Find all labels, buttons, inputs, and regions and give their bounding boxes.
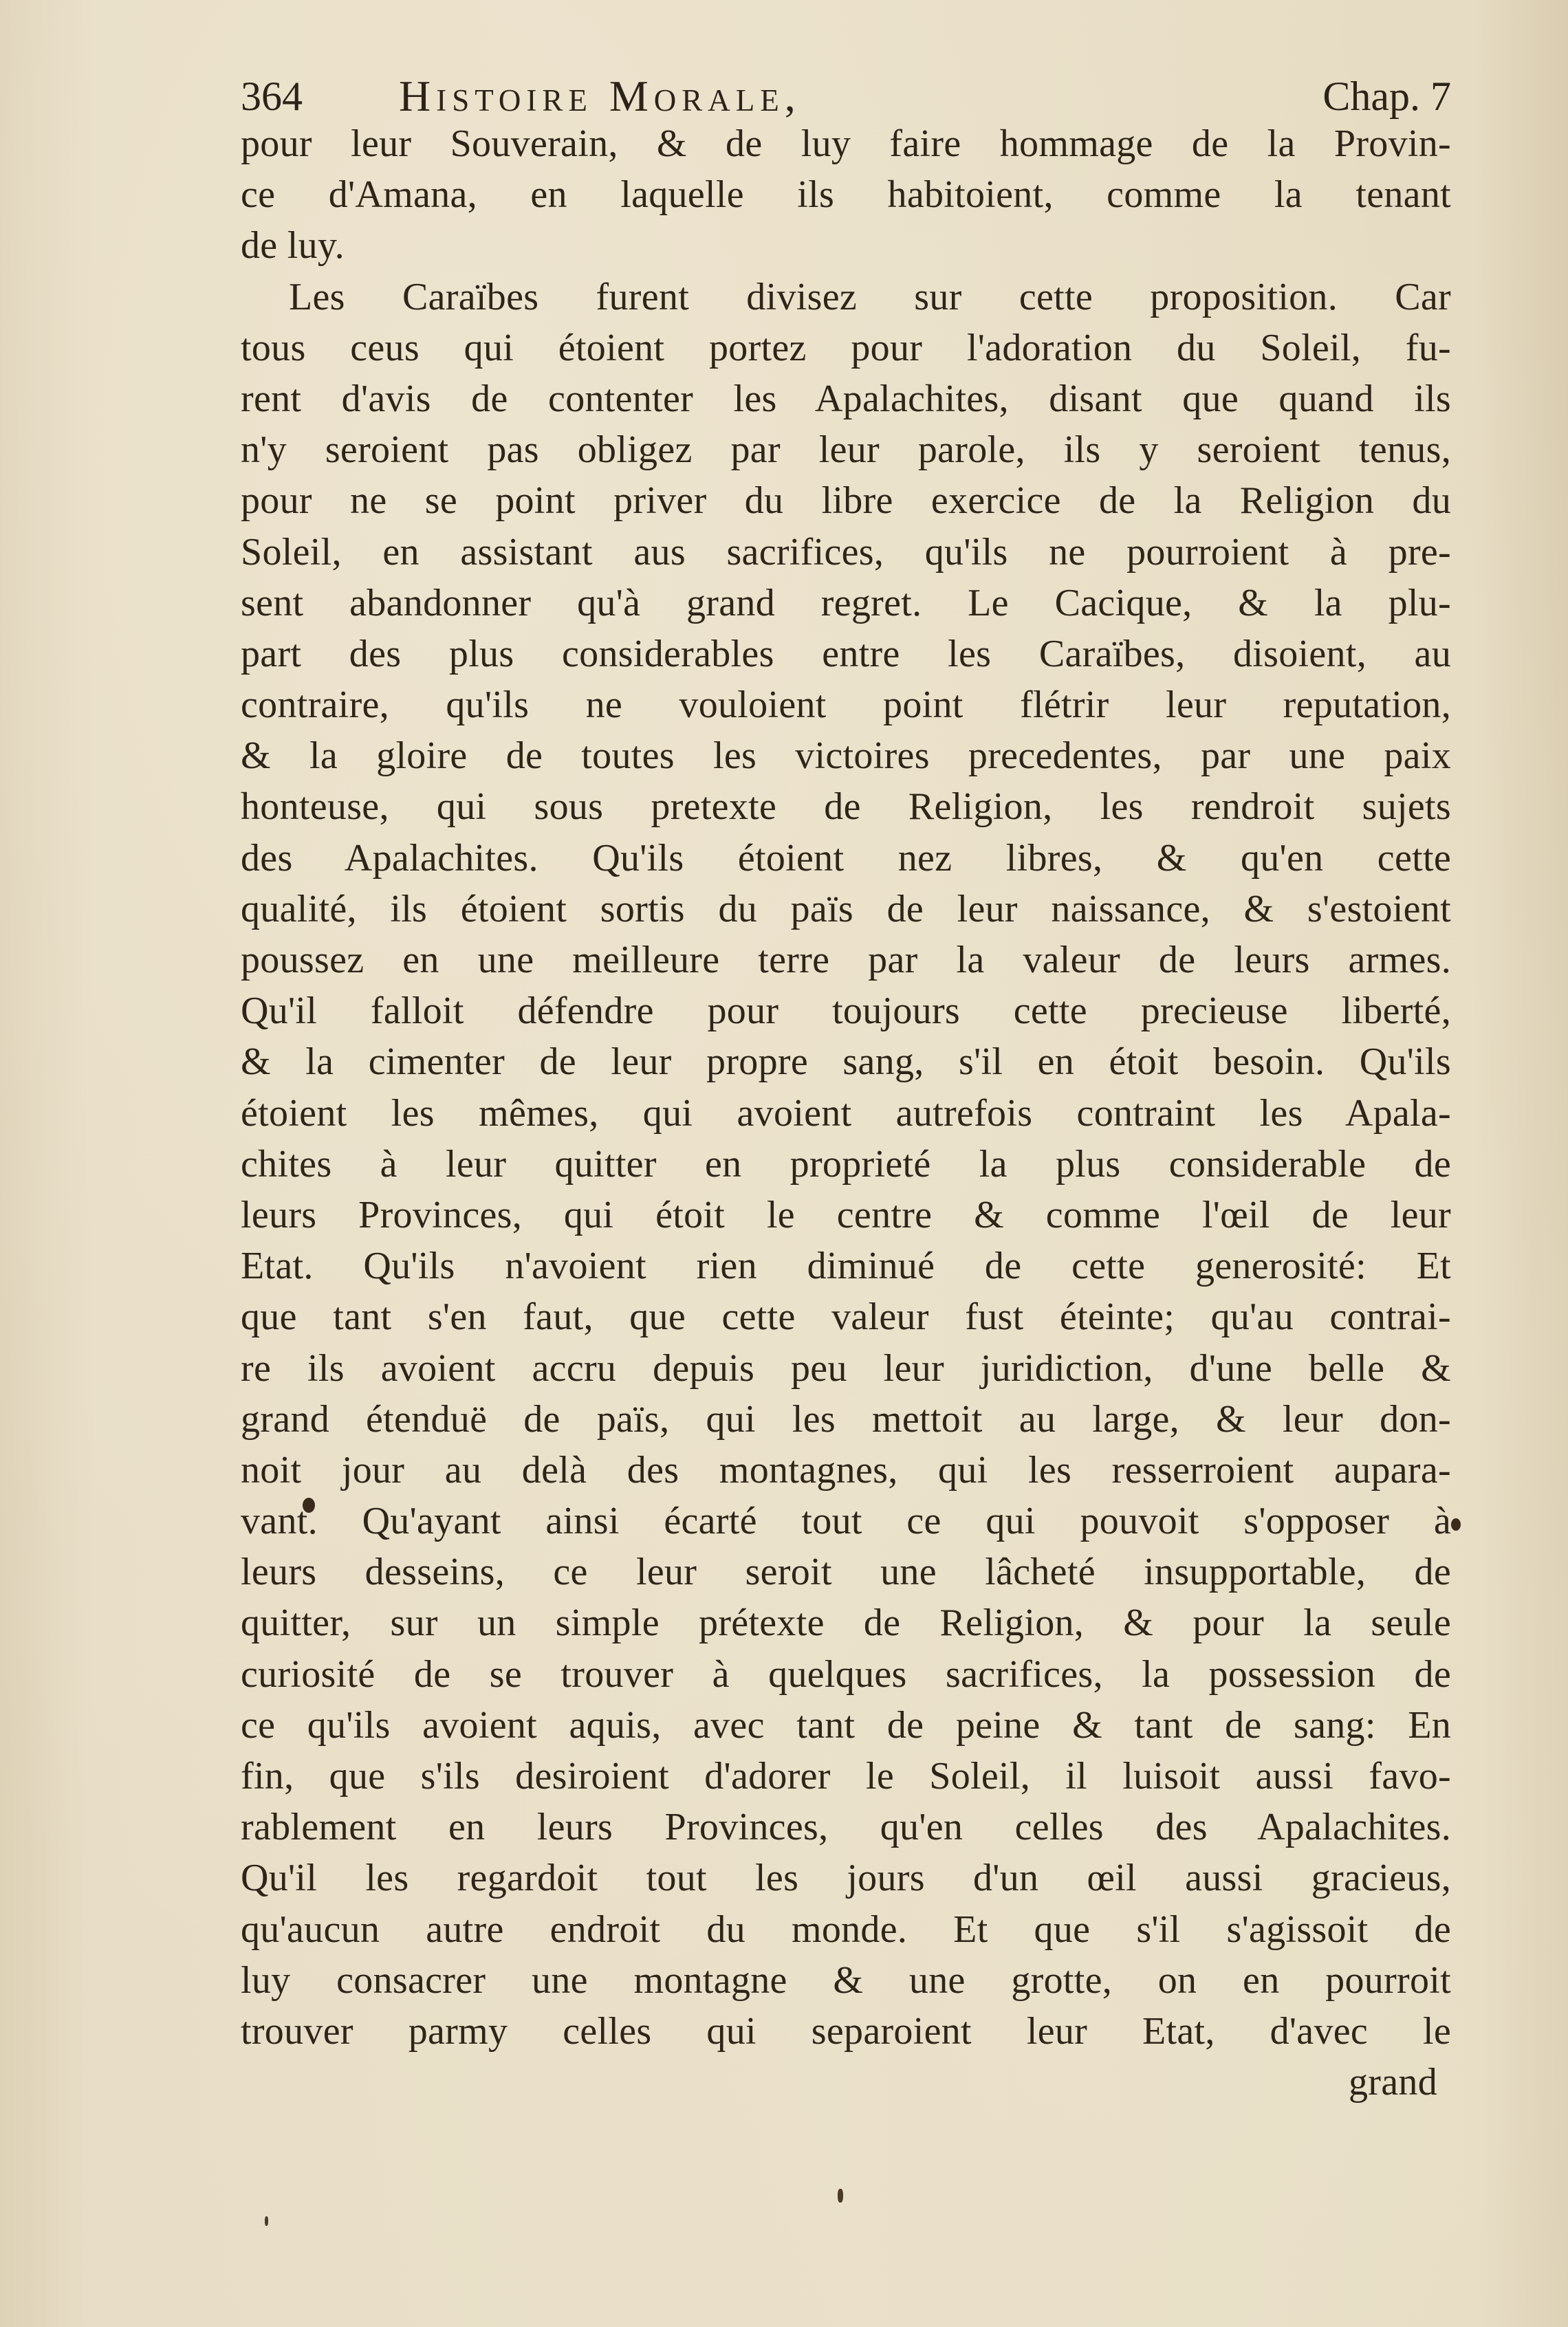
text-line: que tant s'en faut, que cette valeur fus… — [241, 1291, 1451, 1342]
text-line: vant. Qu'ayant ainsi écarté tout ce qui … — [241, 1496, 1451, 1547]
ink-blot — [303, 1498, 315, 1513]
running-title: Histoire Morale, — [399, 69, 801, 124]
text-line: & la cimenter de leur propre sang, s'il … — [241, 1036, 1451, 1087]
text-line: leurs Provinces, qui étoit le centre & c… — [241, 1190, 1451, 1241]
text-line: contraire, qu'ils ne vouloient point flé… — [241, 679, 1451, 730]
chapter-label: Chap. 7 — [1322, 69, 1451, 124]
text-line: & la gloire de toutes les victoires prec… — [241, 730, 1451, 781]
text-line: curiosité de se trouver à quelques sacri… — [241, 1649, 1451, 1700]
text-line: qualité, ils étoient sortis du païs de l… — [241, 884, 1451, 935]
text-line: ce qu'ils avoient aquis, avec tant de pe… — [241, 1700, 1451, 1751]
text-line: Etat. Qu'ils n'avoient rien diminué de c… — [241, 1241, 1451, 1291]
catchword: grand — [241, 2057, 1451, 2108]
text-line: ce d'Amana, en laquelle ils habitoient, … — [241, 169, 1451, 220]
text-line: étoient les mêmes, qui avoient autrefois… — [241, 1088, 1451, 1139]
page-number: 364 — [241, 69, 303, 124]
text-line: rablement en leurs Provinces, qu'en cell… — [241, 1802, 1451, 1853]
text-line: tous ceus qui étoient portez pour l'ador… — [241, 323, 1451, 373]
ink-speck — [265, 2216, 268, 2226]
text-line: sent abandonner qu'à grand regret. Le Ca… — [241, 578, 1451, 629]
text-line: rent d'avis de contenter les Apalachites… — [241, 373, 1451, 424]
text-line: Qu'il falloit défendre pour toujours cet… — [241, 985, 1451, 1036]
text-line: grand étenduë de païs, qui les mettoit a… — [241, 1394, 1451, 1445]
text-line: re ils avoient accru depuis peu leur jur… — [241, 1343, 1451, 1394]
text-line: pour ne se point priver du libre exercic… — [241, 475, 1451, 526]
text-line: noit jour au delà des montagnes, qui les… — [241, 1445, 1451, 1496]
text-line: Soleil, en assistant aus sacrifices, qu'… — [241, 527, 1451, 578]
text-line: des Apalachites. Qu'ils étoient nez libr… — [241, 833, 1451, 884]
text-line: trouver parmy celles qui separoient leur… — [241, 2006, 1451, 2057]
text-line: de luy. — [241, 220, 1451, 271]
ink-blot — [1451, 1518, 1461, 1531]
text-line: pour leur Souverain, & de luy faire homm… — [241, 118, 1451, 169]
text-line: n'y seroient pas obligez par leur parole… — [241, 424, 1451, 475]
body-text: pour leur Souverain, & de luy faire homm… — [241, 118, 1451, 2108]
text-line: chites à leur quitter en proprieté la pl… — [241, 1139, 1451, 1190]
book-page: 364 Histoire Morale, Chap. 7 pour leur S… — [241, 0, 1451, 2327]
text-line: Qu'il les regardoit tout les jours d'un … — [241, 1853, 1451, 1903]
text-line: luy consacrer une montagne & une grotte,… — [241, 1955, 1451, 2006]
text-line: qu'aucun autre endroit du monde. Et que … — [241, 1904, 1451, 1955]
text-line: poussez en une meilleure terre par la va… — [241, 935, 1451, 985]
ink-speck — [838, 2189, 843, 2203]
text-line: quitter, sur un simple prétexte de Relig… — [241, 1597, 1451, 1648]
text-line: fin, que s'ils desiroient d'adorer le So… — [241, 1751, 1451, 1802]
paragraph-start-line: Les Caraïbes furent divisez sur cette pr… — [241, 272, 1451, 323]
text-line: part des plus considerables entre les Ca… — [241, 629, 1451, 679]
text-line: leurs desseins, ce leur seroit une lâche… — [241, 1547, 1451, 1597]
running-head: 364 Histoire Morale, Chap. 7 — [241, 69, 1451, 124]
text-line: honteuse, qui sous pretexte de Religion,… — [241, 781, 1451, 832]
